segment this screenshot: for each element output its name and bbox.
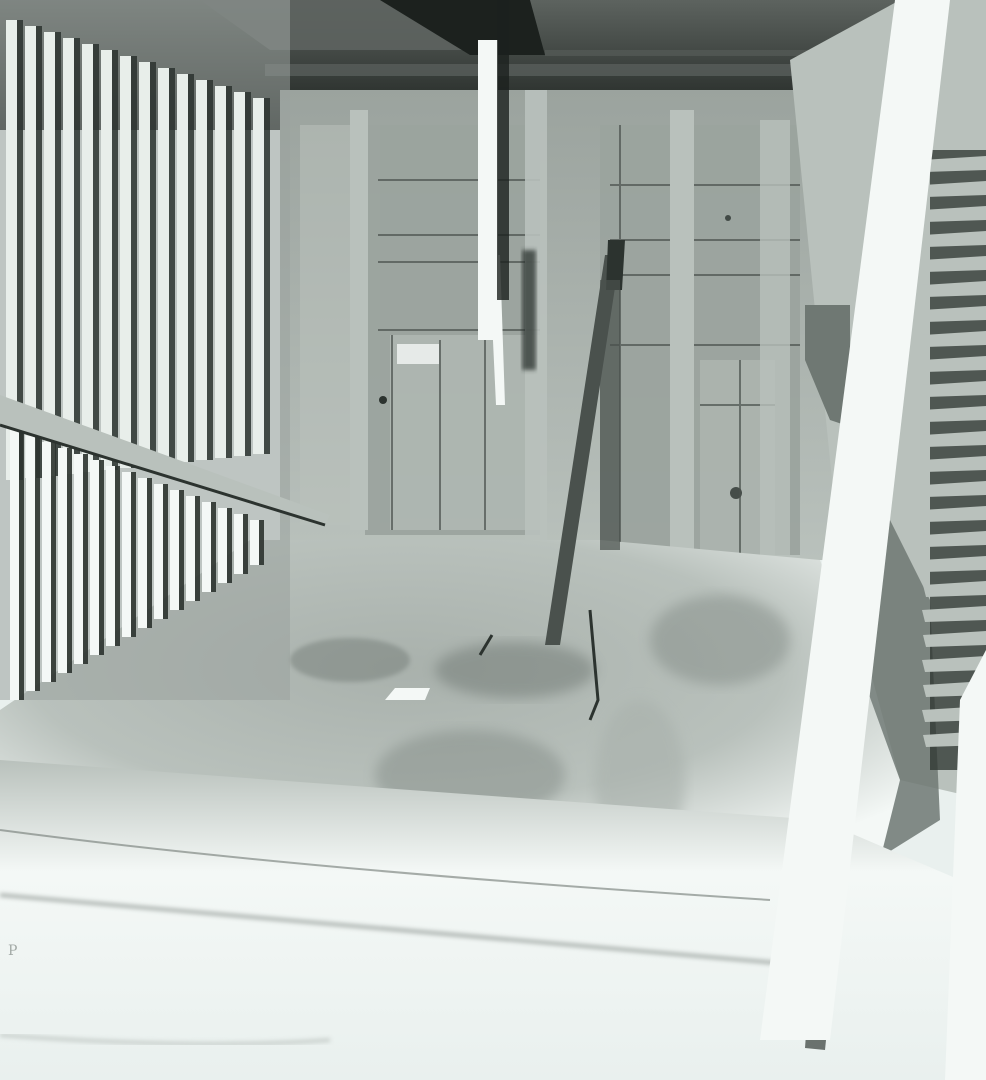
photo-scene: P	[0, 0, 986, 1080]
left-slatted-railing	[0, 0, 290, 700]
door-label-plate	[397, 344, 439, 364]
photograph: Black-and-white photograph of an old woo…	[0, 0, 986, 1080]
handwritten-mark: P	[8, 943, 17, 959]
